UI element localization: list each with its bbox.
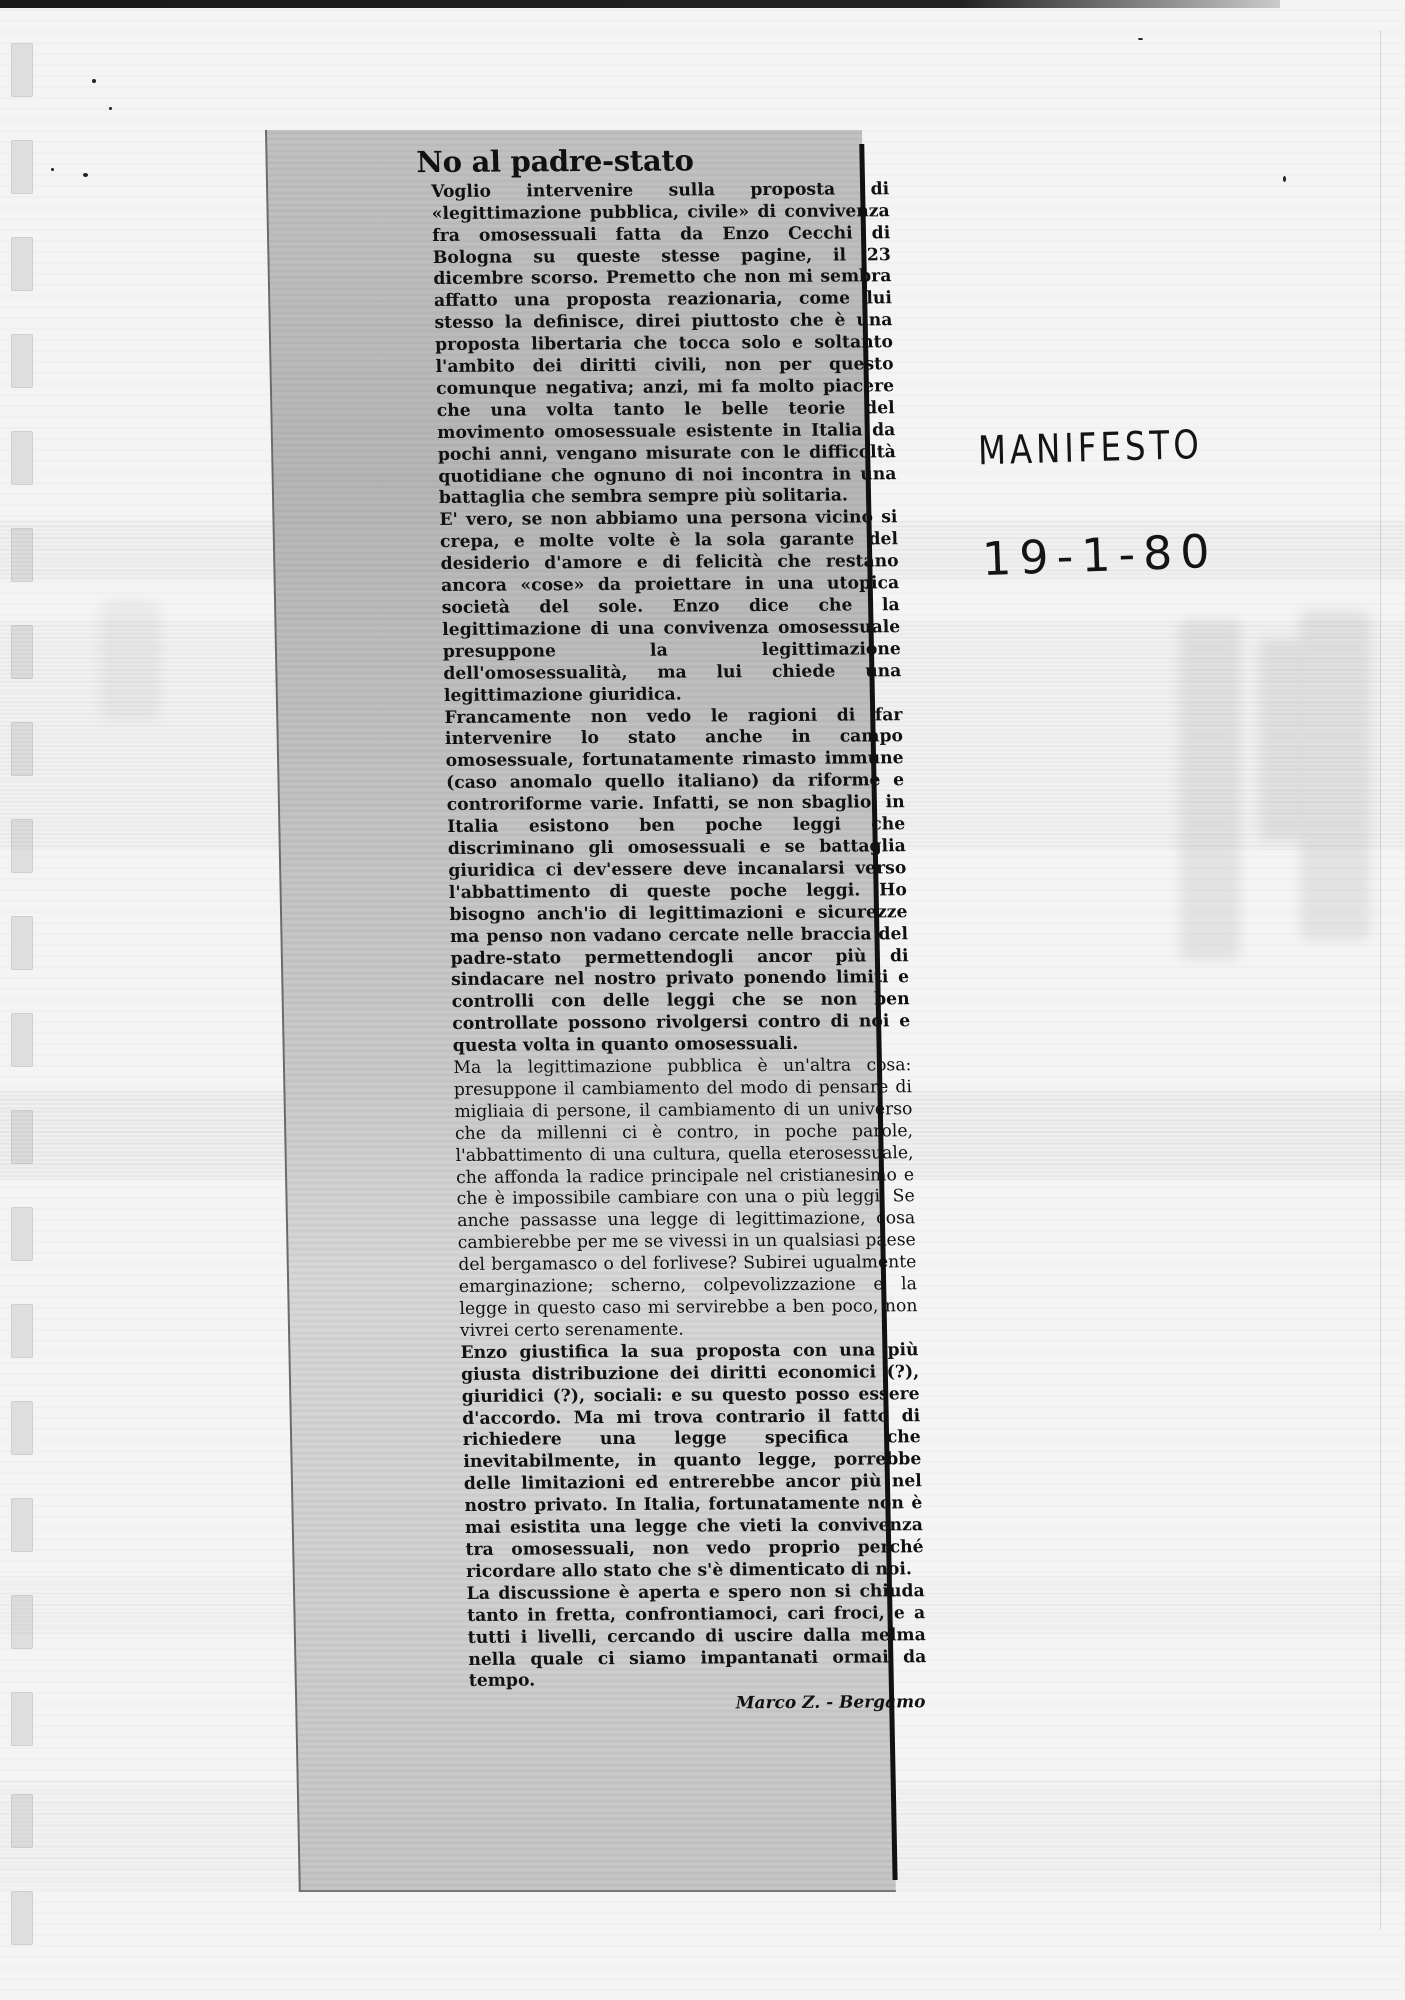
- article-paragraph: E' vero, se non abbiamo una persona vici…: [439, 508, 902, 708]
- dust-speck: [1138, 38, 1143, 40]
- binder-hole: [11, 916, 33, 970]
- article-body: Voglio intervenire sulla proposta di «le…: [431, 179, 927, 1693]
- scan-top-edge: [0, 0, 1280, 8]
- dust-speck: [92, 79, 96, 83]
- binder-hole: [11, 140, 33, 194]
- binder-hole: [11, 43, 33, 97]
- article-signature: Marco Z. - Bergamo: [469, 1693, 927, 1716]
- dust-speck: [51, 168, 54, 171]
- article-paragraph: La discussione è aperta e spero non si c…: [466, 1581, 927, 1693]
- binder-hole: [11, 1304, 33, 1358]
- dust-speck: [83, 173, 88, 177]
- binder-hole: [11, 1401, 33, 1455]
- binder-hole: [11, 1013, 33, 1067]
- dust-speck: [109, 107, 112, 110]
- dust-speck: [1283, 176, 1286, 182]
- handwritten-source-note: MANIFESTO: [978, 423, 1204, 475]
- binder-hole: [11, 237, 33, 291]
- binder-hole: [11, 1498, 33, 1552]
- show-through-smudge: [1260, 640, 1300, 840]
- binder-hole: [11, 334, 33, 388]
- article-paragraph: Enzo giustifica la sua proposta con una …: [460, 1340, 924, 1584]
- binder-hole: [11, 1692, 33, 1746]
- scanned-page: No al padre-stato Voglio intervenire sul…: [0, 0, 1405, 2000]
- show-through-smudge: [1180, 620, 1240, 960]
- article-paragraph: Francamente non vedo le ragioni di far i…: [444, 705, 911, 1058]
- show-through-smudge: [1300, 610, 1370, 940]
- article-paragraph: Ma la legittimazione pubblica è un'altra…: [453, 1055, 918, 1343]
- binder-hole: [11, 431, 33, 485]
- article-headline: No al padre-stato: [416, 142, 889, 180]
- article: No al padre-stato Voglio intervenire sul…: [430, 142, 928, 1715]
- binder-hole: [11, 1207, 33, 1261]
- page-edge-line: [1380, 30, 1381, 1930]
- article-paragraph: Voglio intervenire sulla proposta di «le…: [431, 179, 897, 510]
- handwritten-date-note: 19-1-80: [981, 524, 1218, 586]
- show-through-smudge: [100, 600, 160, 720]
- binder-hole: [11, 1891, 33, 1945]
